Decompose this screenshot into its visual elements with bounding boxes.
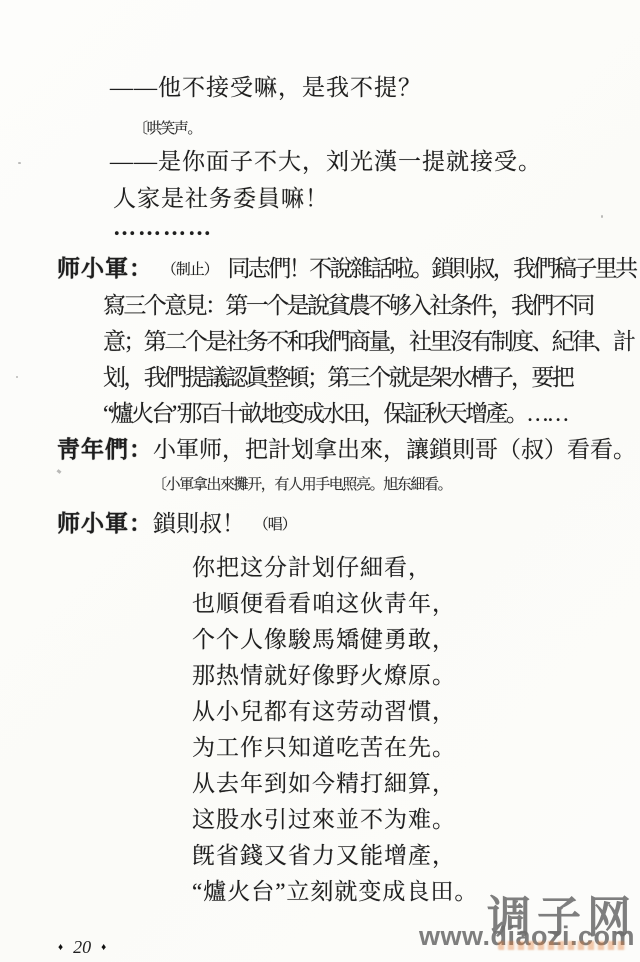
lyric-line-6: 为工作只知道吃苦在先。: [192, 736, 456, 759]
scan-speck: [57, 469, 62, 474]
lyric-line-2: 也順便看看咱这伙靑年，: [192, 592, 456, 615]
dialogue-dash-line-2: ——是你面子不大，刘光漢一提就接受。: [110, 150, 542, 173]
speech-1-line-2: 意；第二个是社务不和我們商量，社里沒有制度、紀律、計: [103, 330, 633, 353]
lyric-line-7: 从去年到如今精打細算，: [192, 772, 456, 795]
dialogue-dash-line-1: ——他不接受嘛，是我不提？: [110, 76, 422, 99]
dialogue-ellipsis-line: …………: [113, 216, 213, 239]
lyric-line-3: 个个人像駿馬矯健勇敢，: [192, 628, 456, 651]
speech-1-line-0: 同志們！不說雜話啦。鎖則叔，我們稿子里共: [228, 256, 636, 281]
speaker-name-youths: 靑年們：: [57, 437, 153, 462]
lyric-line-8: 这股水引过來並不为难。: [192, 808, 456, 831]
book-page: ——他不接受嘛，是我不提？ 〔哄笑声。 ——是你面子不大，刘光漢一提就接受。 人…: [0, 0, 640, 962]
speech-1-line-3: 划，我們提議認眞整頓；第三个就是架水槽子，要把: [103, 366, 572, 389]
page-number: ♦20♦: [58, 937, 106, 958]
speech-youths-text: 小軍师，把計划拿出來，讓鎖則哥（叔）看看。: [153, 437, 636, 462]
speech-2-line: 师小軍：鎖則叔！ （唱）: [57, 512, 299, 535]
scan-speck: [16, 376, 18, 378]
inline-stage-direction-zhizhi: （制止）: [160, 262, 221, 278]
page-number-value: 20: [63, 937, 101, 957]
inline-stage-direction-sing: （唱）: [252, 517, 299, 533]
speech-1-line-4: “爐火台”那百十畝地变成水田，保証秋天增產。……: [103, 402, 567, 425]
speech-1-first-line: 师小軍： （制止） 同志們！不說雜話啦。鎖則叔，我們稿子里共: [57, 257, 636, 280]
speech-2-text: 鎖則叔！: [153, 511, 245, 536]
lyric-line-5: 从小兒都有这劳动習慣，: [192, 700, 456, 723]
scan-speck: [601, 215, 603, 218]
stage-direction-2: 〔小軍拿出來攤开，有人用手电照亮。旭东細看。: [152, 478, 451, 493]
speaker-name-shixiaojun-2: 师小軍：: [57, 511, 153, 536]
lyric-line-1: 你把这分計划仔細看，: [192, 556, 432, 579]
dialogue-plain-line: 人家是社务委員嘛！: [113, 187, 329, 210]
watermark-orange-artifact: [498, 941, 626, 950]
page-number-diamond-right: ♦: [101, 942, 106, 953]
speech-youths-line: 靑年們：小軍师，把計划拿出來，讓鎖則哥（叔）看看。: [57, 438, 636, 461]
speaker-name-shixiaojun-1: 师小軍：: [57, 256, 153, 281]
stage-direction-1: 〔哄笑声。: [133, 122, 201, 137]
lyric-line-4: 那热情就好像野火燎原。: [192, 664, 456, 687]
lyric-line-9: 旣省錢又省力又能增產，: [192, 844, 456, 867]
scan-speck: [18, 162, 21, 164]
speech-1-line-1: 寫三个意見：第一个是說貧農不够入社条件，我們不同: [103, 294, 593, 317]
lyric-line-10: “爐火台”立刻就变成良田。: [192, 880, 478, 903]
